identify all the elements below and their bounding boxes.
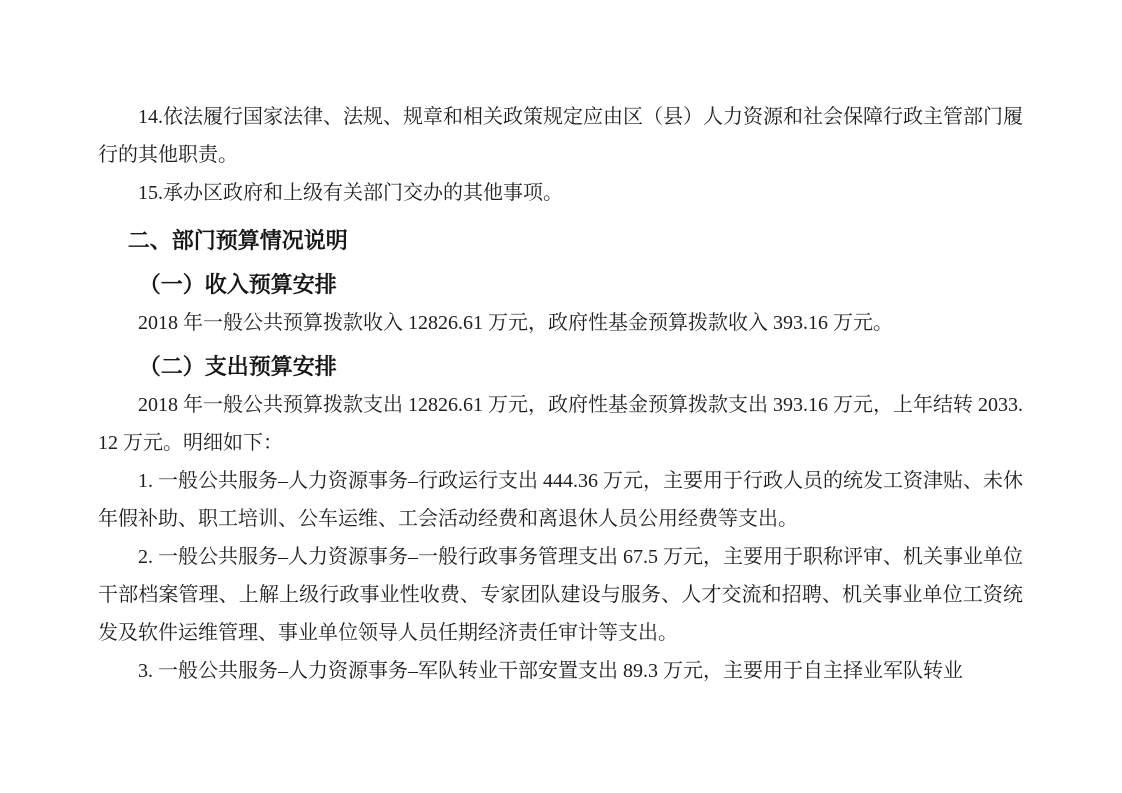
paragraph-expense-detail-3: 3. 一般公共服务–人力资源事务–军队转业干部安置支出 89.3 万元，主要用于… [98,652,1023,690]
paragraph-expense-detail-2: 2. 一般公共服务–人力资源事务–一般行政事务管理支出 67.5 万元，主要用于… [98,538,1023,652]
section-heading-budget-overview: 二、部门预算情况说明 [98,222,1023,260]
subsection-heading-expense-budget: （二）支出预算安排 [98,348,1023,386]
paragraph-duty-14: 14.依法履行国家法律、法规、规章和相关政策规定应由区（县）人力资源和社会保障行… [98,98,1023,174]
paragraph-income-budget: 2018 年一般公共预算拨款收入 12826.61 万元，政府性基金预算拨款收入… [98,304,1023,342]
subsection-heading-income-budget: （一）收入预算安排 [98,266,1023,304]
document-page: 14.依法履行国家法律、法规、规章和相关政策规定应由区（县）人力资源和社会保障行… [0,0,1122,793]
paragraph-expense-budget: 2018 年一般公共预算拨款支出 12826.61 万元，政府性基金预算拨款支出… [98,386,1023,462]
paragraph-duty-15: 15.承办区政府和上级有关部门交办的其他事项。 [98,174,1023,212]
paragraph-expense-detail-1: 1. 一般公共服务–人力资源事务–行政运行支出 444.36 万元，主要用于行政… [98,462,1023,538]
